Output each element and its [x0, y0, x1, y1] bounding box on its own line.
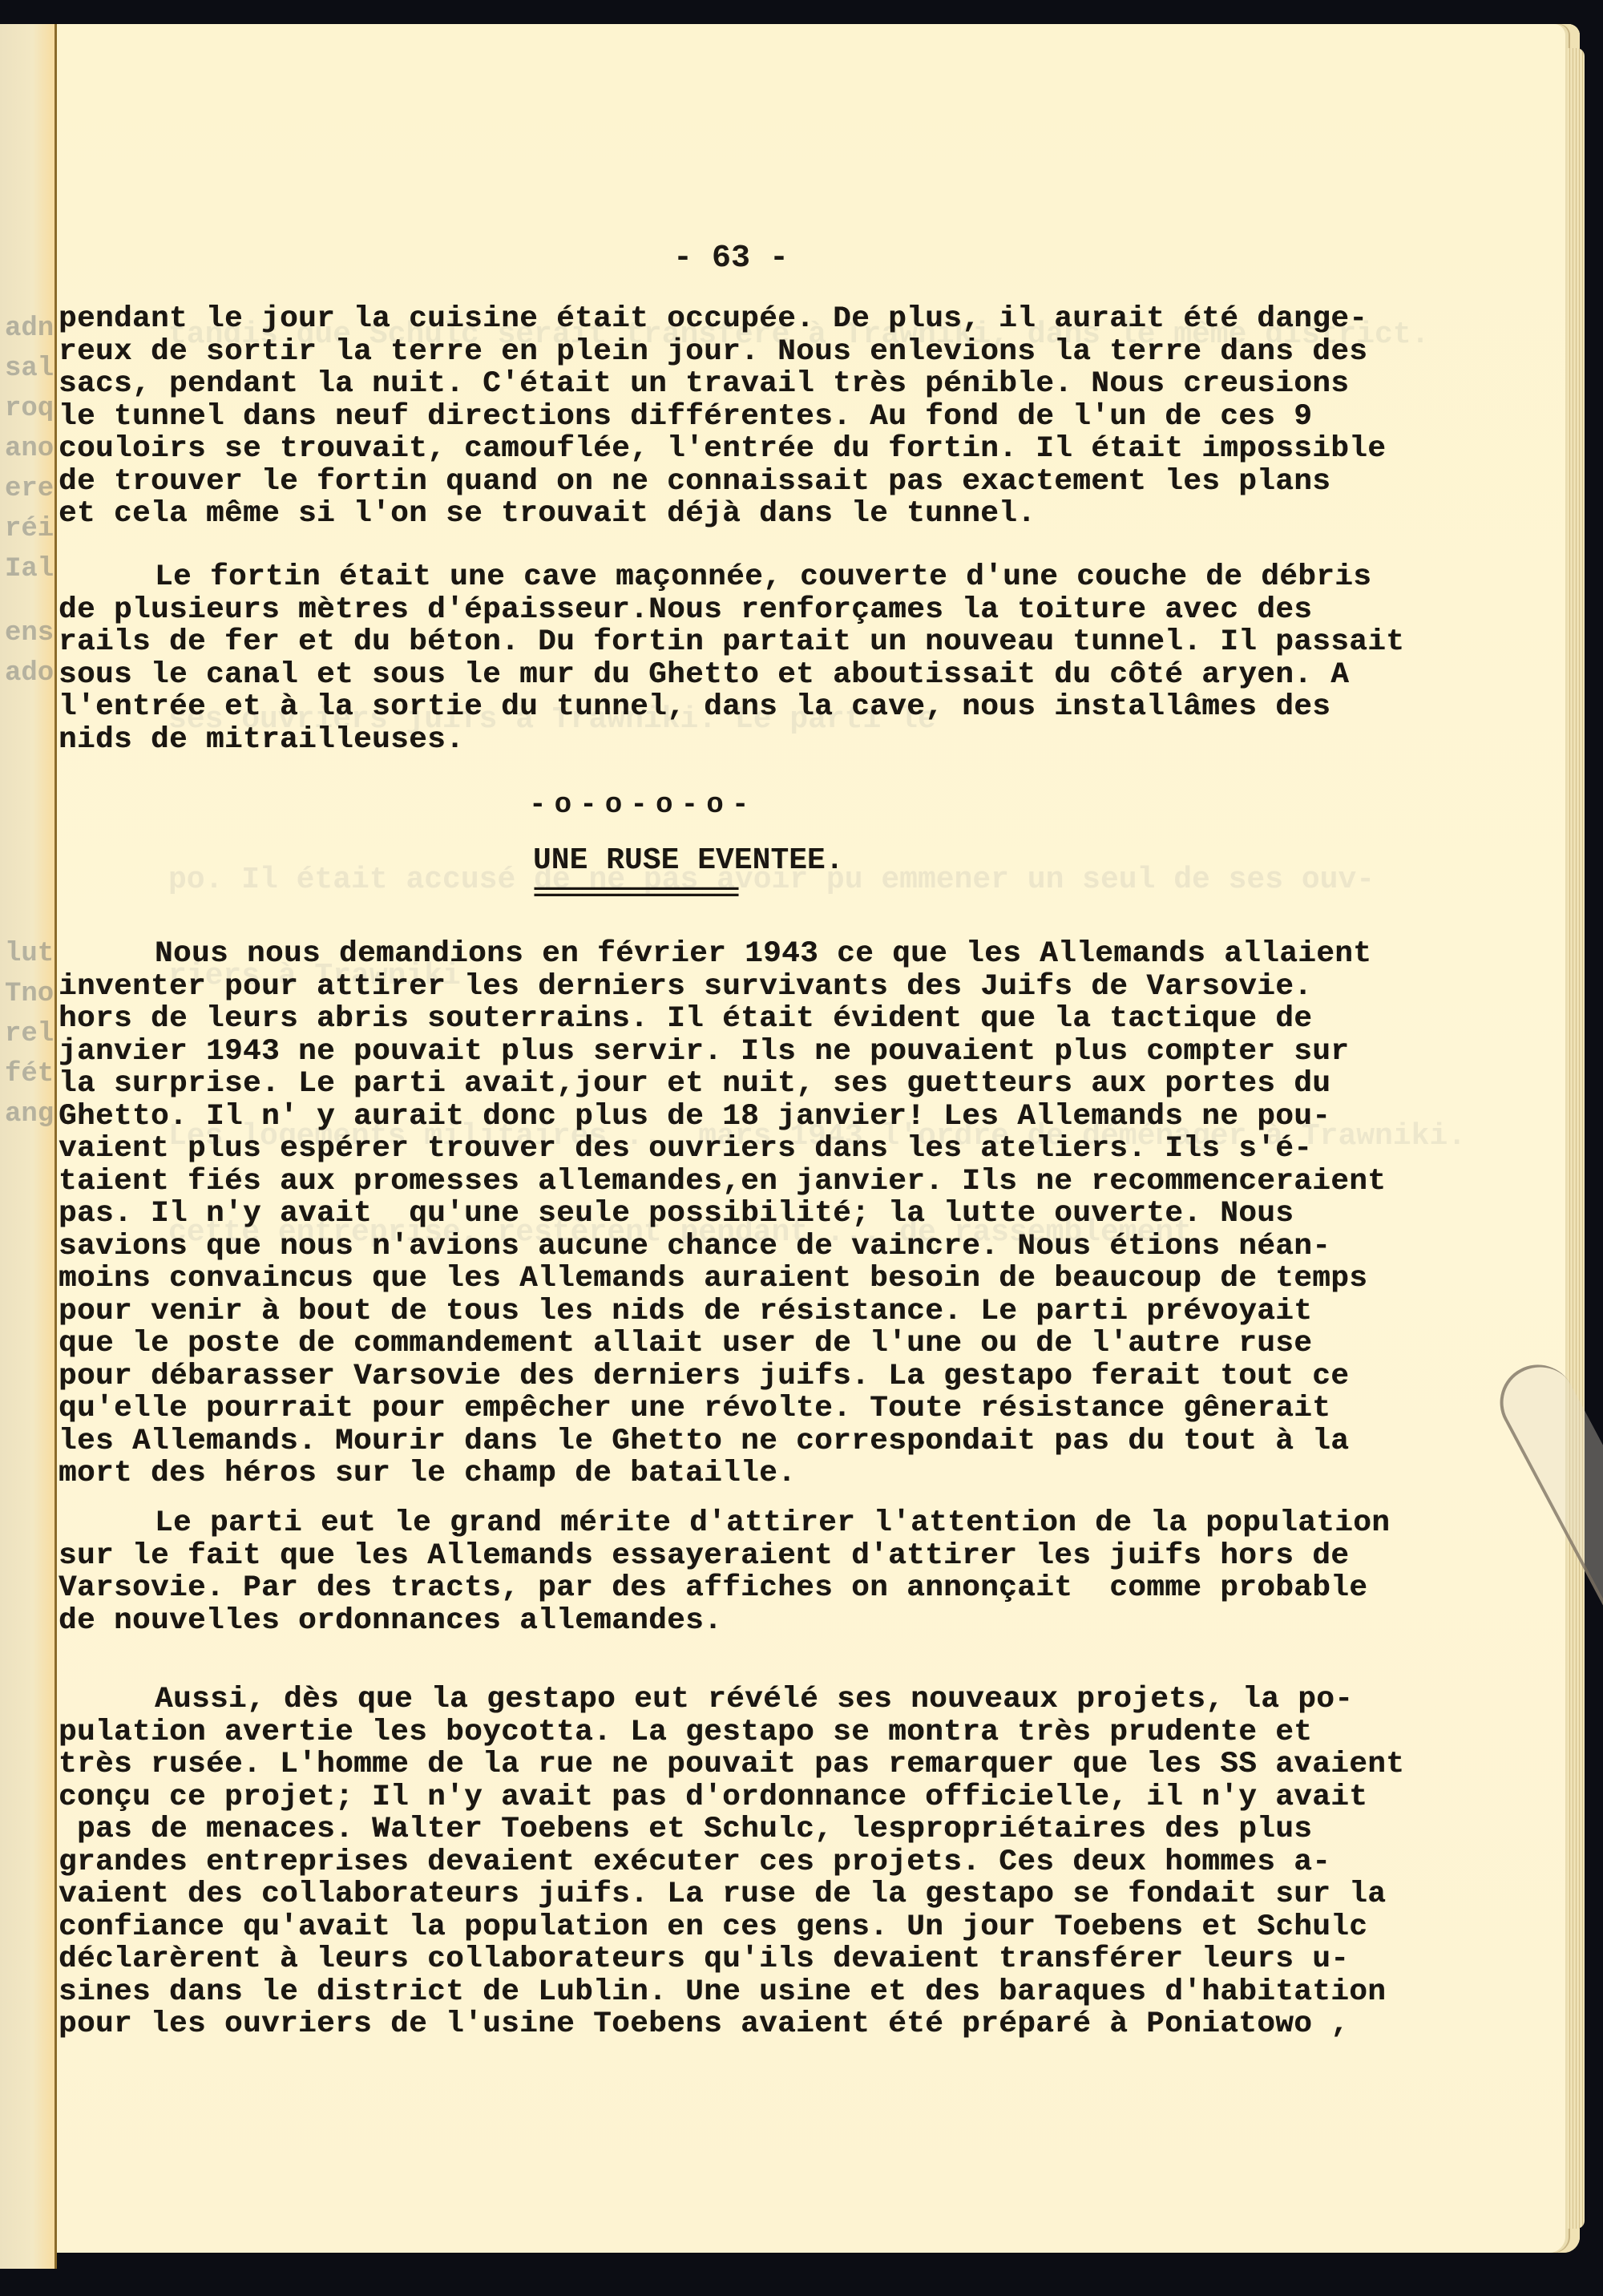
text-line: grandes entreprises devaient exécuter ce…	[59, 1846, 1485, 1879]
text-line: reux de sortir la terre en plein jour. N…	[59, 336, 1485, 369]
left-page-bleed-text: rel	[5, 1018, 53, 1050]
text-line: rails de fer et du béton. Du fortin part…	[59, 626, 1485, 659]
section-title-underline: =================	[533, 880, 737, 907]
paragraph-3: Nous nous demandions en février 1943 ce …	[59, 938, 1485, 1490]
text-line: Nous nous demandions en février 1943 ce …	[59, 938, 1485, 971]
text-line: pour débarasser Varsovie des derniers ju…	[59, 1360, 1485, 1393]
text-line: pendant le jour la cuisine était occupée…	[59, 303, 1485, 336]
text-line: qu'elle pourrait pour empêcher une révol…	[59, 1393, 1485, 1425]
text-line: hors de leurs abris souterrains. Il étai…	[59, 1003, 1485, 1036]
text-line: moins convaincus que les Allemands aurai…	[59, 1263, 1485, 1296]
facing-left-page: adnt sal roq ano ere réi Ial ens ado lut…	[0, 24, 57, 2269]
left-page-bleed-text: ere	[5, 473, 53, 505]
left-page-bleed-text: ado	[5, 657, 53, 689]
paragraph-1: pendant le jour la cuisine était occupée…	[59, 303, 1485, 531]
text-line: mort des héros sur le champ de bataille.	[59, 1457, 1485, 1490]
text-line: Varsovie. Par des tracts, par des affich…	[59, 1572, 1485, 1605]
text-line: sous le canal et sous le mur du Ghetto e…	[59, 659, 1485, 692]
text-line: de trouver le fortin quand on ne connais…	[59, 466, 1485, 499]
text-line: sur le fait que les Allemands essayeraie…	[59, 1540, 1485, 1573]
text-line: les Allemands. Mourir dans le Ghetto ne …	[59, 1425, 1485, 1458]
text-line: et cela même si l'on se trouvait déjà da…	[59, 498, 1485, 531]
left-page-bleed-text: lut	[5, 938, 53, 970]
text-line: de nouvelles ordonnances allemandes.	[59, 1605, 1485, 1638]
left-page-bleed-text: sal	[5, 353, 53, 385]
paragraph-2: Le fortin était une cave maçonnée, couve…	[59, 561, 1485, 756]
text-line: Le parti eut le grand mérite d'attirer l…	[59, 1507, 1485, 1540]
text-line: pour venir à bout de tous les nids de ré…	[59, 1296, 1485, 1328]
text-line: pas de menaces. Walter Toebens et Schulc…	[59, 1813, 1485, 1846]
text-line: conçu ce projet; Il n'y avait pas d'ordo…	[59, 1781, 1485, 1814]
text-line: vaient des collaborateurs juifs. La ruse…	[59, 1878, 1485, 1911]
text-line: janvier 1943 ne pouvait plus servir. Ils…	[59, 1036, 1485, 1069]
text-line: inventer pour attirer les derniers survi…	[59, 971, 1485, 1004]
text-line: de plusieurs mètres d'épaisseur.Nous ren…	[59, 594, 1485, 627]
text-line: vaient plus espérer trouver des ouvriers…	[59, 1133, 1485, 1166]
text-line: l'entrée et à la sortie du tunnel, dans …	[59, 691, 1485, 724]
left-page-bleed-text: adnt	[5, 313, 53, 345]
text-line: Ghetto. Il n' y aurait donc plus de 18 j…	[59, 1101, 1485, 1134]
section-title: UNE RUSE EVENTEE.	[533, 843, 844, 878]
text-line: Le fortin était une cave maçonnée, couve…	[59, 561, 1485, 594]
text-line: Aussi, dès que la gestapo eut révélé ses…	[59, 1684, 1485, 1716]
paragraph-4: Le parti eut le grand mérite d'attirer l…	[59, 1507, 1485, 1637]
text-line: taient fiés aux promesses allemandes,en …	[59, 1166, 1485, 1199]
text-line: que le poste de commandement allait user…	[59, 1328, 1485, 1360]
text-line: la surprise. Le parti avait,jour et nuit…	[59, 1068, 1485, 1101]
text-line: le tunnel dans neuf directions différent…	[59, 401, 1485, 434]
page-number: - 63 -	[673, 241, 789, 277]
text-line: pas. Il n'y avait qu'une seule possibili…	[59, 1198, 1485, 1231]
text-line: confiance qu'avait la population en ces …	[59, 1911, 1485, 1944]
page-stack-edge	[1567, 48, 1585, 2229]
text-line: très rusée. L'homme de la rue ne pouvait…	[59, 1748, 1485, 1781]
left-page-bleed-text: Ial	[5, 553, 53, 585]
text-line: pulation avertie les boycotta. La gestap…	[59, 1716, 1485, 1749]
text-line: sines dans le district de Lublin. Une us…	[59, 1976, 1485, 2009]
text-line: couloirs se trouvait, camouflée, l'entré…	[59, 433, 1485, 466]
text-line: nids de mitrailleuses.	[59, 724, 1485, 757]
left-page-bleed-text: ens	[5, 617, 53, 649]
paragraph-5: Aussi, dès que la gestapo eut révélé ses…	[59, 1684, 1485, 2041]
section-separator: -o-o-o-o-	[529, 788, 757, 821]
left-page-bleed-text: roq	[5, 393, 53, 425]
left-page-bleed-text: ang	[5, 1098, 53, 1130]
left-page-bleed-text: réi	[5, 513, 53, 545]
left-page-bleed-text: Tno	[5, 978, 53, 1010]
left-page-bleed-text: fét	[5, 1058, 53, 1090]
text-line: savions que nous n'avions aucune chance …	[59, 1231, 1485, 1263]
text-line: pour les ouvriers de l'usine Toebens ava…	[59, 2008, 1485, 2041]
text-line: déclarèrent à leurs collaborateurs qu'il…	[59, 1943, 1485, 1976]
left-page-bleed-text: ano	[5, 433, 53, 465]
text-line: sacs, pendant la nuit. C'était un travai…	[59, 368, 1485, 401]
